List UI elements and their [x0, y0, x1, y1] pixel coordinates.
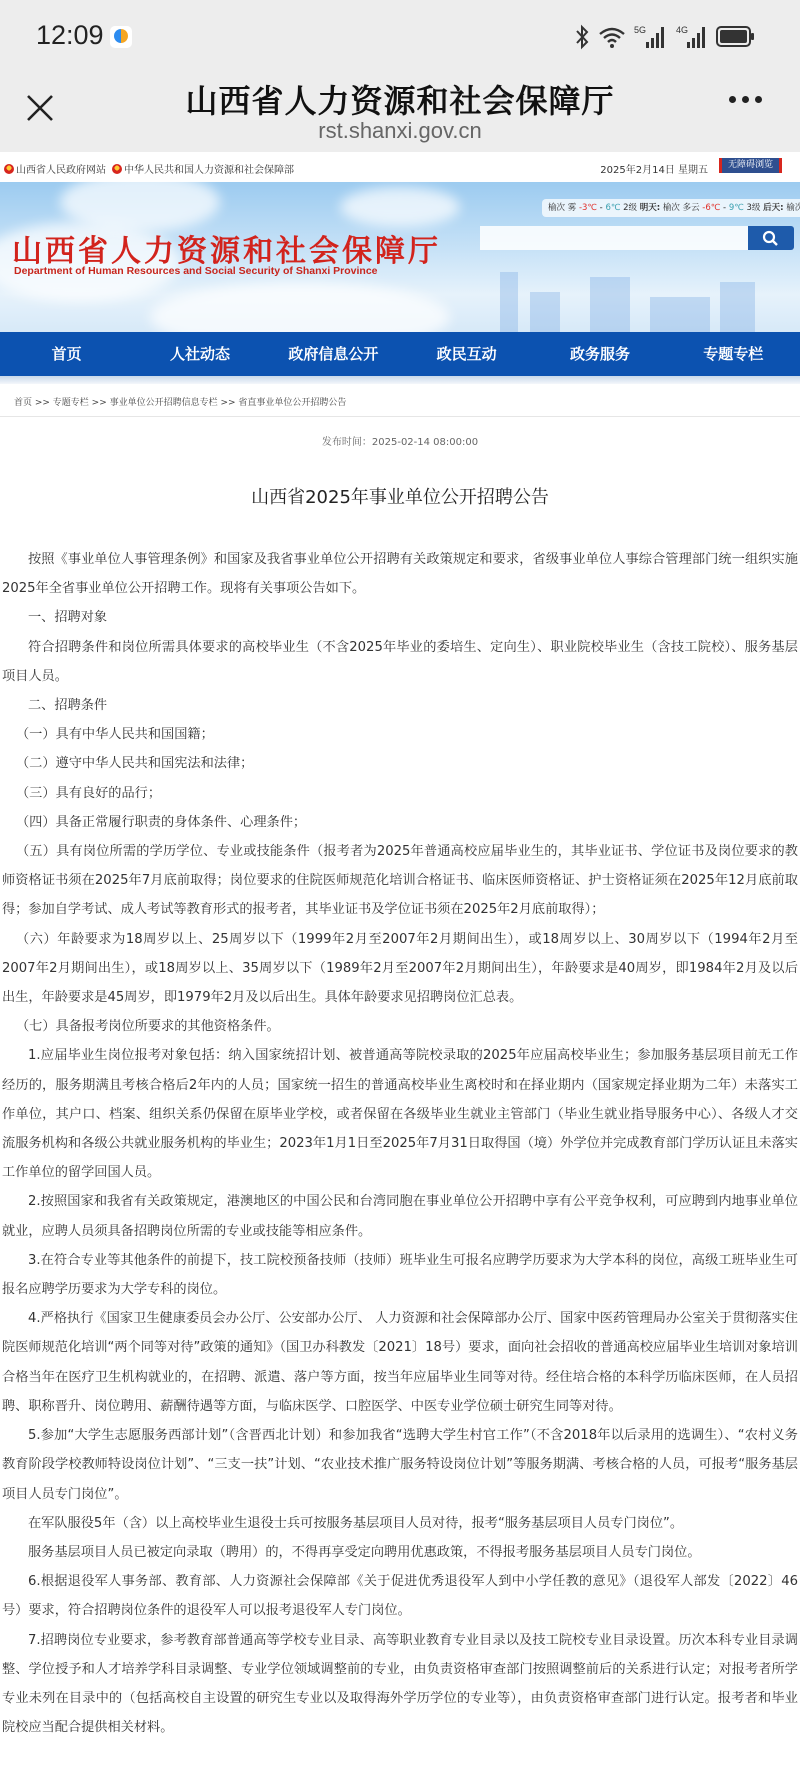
top-links-bar: 山西省人民政府网站 中华人民共和国人力资源和社会保障部 2025年2月14日 星…	[0, 152, 800, 182]
section-heading: 一、招聘对象	[2, 603, 798, 632]
app-notification-icon	[110, 26, 132, 48]
signal-5g-icon: 5G	[634, 24, 668, 50]
status-icons: 5G 4G	[574, 24, 756, 50]
weather-high: 9℃	[729, 203, 744, 213]
paragraph: 6.根据退役军人事务部、教育部、人力资源社会保障部《关于促进优秀退役军人到中小学…	[2, 1567, 798, 1625]
paragraph: 2.按照国家和我省有关政策规定，港澳地区的中国公民和台湾同胞在事业单位公开招聘中…	[2, 1187, 798, 1245]
building-decoration	[590, 277, 630, 332]
condition-item: （七）具备报考岗位所要求的其他资格条件。	[2, 1012, 798, 1041]
paragraph: 服务基层项目人员已被定向录取（聘用）的，不得再享受定向聘用优惠政策，不得报考服务…	[2, 1538, 798, 1567]
link-mohrss[interactable]: 中华人民共和国人力资源和社会保障部	[112, 161, 294, 176]
weather-city: 榆次	[548, 203, 565, 213]
weather-wind: 3级	[746, 203, 760, 213]
more-icon-dot	[729, 96, 736, 103]
nav-item-services[interactable]: 政务服务	[533, 332, 666, 376]
site-title-cn: 山西省人力资源和社会保障厅	[12, 226, 441, 270]
more-icon-dot	[742, 96, 749, 103]
national-emblem-icon	[4, 164, 14, 174]
accessibility-button[interactable]: 无障碍浏览	[719, 158, 782, 173]
national-emblem-icon	[112, 164, 122, 174]
weather-city: 榆次	[786, 203, 800, 213]
weather-tomorrow-label: 明天:	[640, 203, 660, 213]
site-banner: 山西省人力资源和社会保障厅 Department of Human Resour…	[0, 182, 800, 332]
article-title: 山西省2025年事业单位公开招聘公告	[0, 483, 800, 509]
nav-shadow	[0, 376, 800, 384]
paragraph: 按照《事业单位人事管理条例》和国家及我省事业单位公开招聘有关政策规定和要求，省级…	[2, 545, 798, 603]
condition-item: （三）具有良好的品行；	[2, 779, 798, 808]
battery-icon	[716, 25, 756, 49]
nav-item-news[interactable]: 人社动态	[133, 332, 266, 376]
building-decoration	[650, 297, 710, 332]
publish-time: 发布时间：2025-02-14 08:00:00	[0, 433, 800, 448]
breadcrumb[interactable]: 首页 >> 专题专栏 >> 事业单位公开招聘信息专栏 >> 省直事业单位公开招聘…	[14, 395, 346, 408]
signal-4g-icon: 4G	[676, 24, 708, 50]
weather-after-label: 后天:	[763, 203, 783, 213]
bluetooth-icon	[574, 24, 590, 50]
weather-low: -3℃	[579, 203, 597, 213]
search-input[interactable]	[480, 226, 748, 250]
wifi-icon	[598, 25, 626, 49]
weather-condition: 多云	[683, 203, 700, 213]
paragraph: 7.招聘岗位专业要求，参考教育部普通高等学校专业目录、高等职业教育专业目录以及技…	[2, 1626, 798, 1743]
paragraph: 在军队服役5年（含）以上高校毕业生退役士兵可按服务基层项目人员对待，报考“服务基…	[2, 1509, 798, 1538]
paragraph: 3.在符合专业等其他条件的前提下，技工院校预备技师（技师）班毕业生可报名应聘学历…	[2, 1246, 798, 1304]
cloud-decoration	[150, 282, 450, 332]
current-date: 2025年2月14日 星期五	[600, 161, 708, 176]
weather-city: 榆次	[663, 203, 680, 213]
status-time: 12:09	[36, 20, 104, 51]
svg-text:4G: 4G	[676, 25, 688, 35]
building-decoration	[720, 282, 755, 332]
paragraph: 符合招聘条件和岗位所需具体要求的高校毕业生（不含2025年毕业的委培生、定向生）…	[2, 633, 798, 691]
link-shanxi-government[interactable]: 山西省人民政府网站	[4, 161, 106, 176]
divider	[0, 416, 800, 417]
search-button[interactable]	[748, 226, 794, 250]
weather-high: 6℃	[605, 203, 620, 213]
article-body: 按照《事业单位人事管理条例》和国家及我省事业单位公开招聘有关政策规定和要求，省级…	[2, 545, 798, 1742]
building-decoration	[530, 292, 560, 332]
nav-item-home[interactable]: 首页	[0, 332, 133, 376]
weather-wind: 2级	[623, 203, 637, 213]
status-bar: 12:09 5G 4G	[0, 0, 800, 76]
more-icon-dot	[755, 96, 762, 103]
weather-condition: 雾	[568, 203, 577, 213]
paragraph: 4.严格执行《国家卫生健康委员会办公厅、公安部办公厅、 人力资源和社会保障部办公…	[2, 1304, 798, 1421]
search-icon	[762, 230, 780, 246]
condition-item: （四）具备正常履行职责的身体条件、心理条件；	[2, 808, 798, 837]
section-heading: 二、招聘条件	[2, 691, 798, 720]
weather-low: -6℃	[702, 203, 720, 213]
paragraph: 5.参加“大学生志愿服务西部计划”（含晋西北计划）和参加我省“选聘大学生村官工作…	[2, 1421, 798, 1509]
condition-item: （一）具有中华人民共和国国籍；	[2, 720, 798, 749]
main-nav: 首页 人社动态 政府信息公开 政民互动 政务服务 专题专栏	[0, 332, 800, 376]
building-decoration	[500, 272, 518, 332]
more-button[interactable]	[729, 96, 762, 103]
site-title-en: Department of Human Resources and Social…	[14, 265, 378, 277]
browser-header: 山西省人力资源和社会保障厅 rst.shanxi.gov.cn	[0, 76, 800, 152]
nav-item-topics[interactable]: 专题专栏	[667, 332, 800, 376]
condition-item: （六）年龄要求为18周岁以上、25周岁以下（1999年2月至2007年2月期间出…	[2, 925, 798, 1013]
condition-item: （二）遵守中华人民共和国宪法和法律；	[2, 749, 798, 778]
browser-url: rst.shanxi.gov.cn	[0, 118, 800, 144]
svg-text:5G: 5G	[634, 25, 646, 35]
browser-page-title: 山西省人力资源和社会保障厅	[0, 76, 800, 122]
paragraph: 1.应届毕业生岗位报考对象包括：纳入国家统招计划、被普通高等院校录取的2025年…	[2, 1041, 798, 1187]
weather-widget: 榆次 雾 -3℃ - 6℃ 2级 明天: 榆次 多云 -6℃ - 9℃ 3级 后…	[542, 199, 800, 217]
condition-item: （五）具有岗位所需的学历学位、专业或技能条件（报考者为2025年普通高校应届毕业…	[2, 837, 798, 925]
nav-item-interaction[interactable]: 政民互动	[400, 332, 533, 376]
link-label: 中华人民共和国人力资源和社会保障部	[124, 161, 294, 176]
link-label: 山西省人民政府网站	[16, 161, 106, 176]
cloud-decoration	[340, 187, 460, 227]
nav-item-gov-info[interactable]: 政府信息公开	[267, 332, 400, 376]
